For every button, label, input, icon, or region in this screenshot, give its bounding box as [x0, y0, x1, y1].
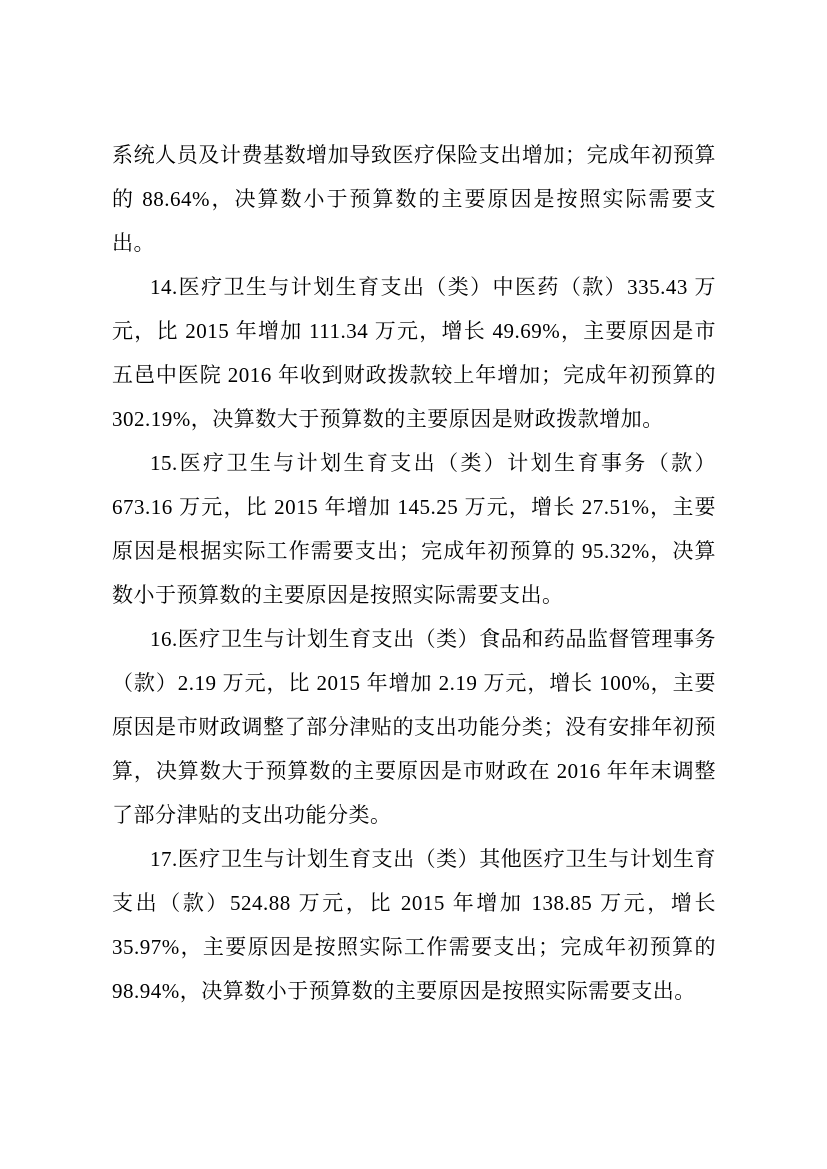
paragraph-item-15: 15.医疗卫生与计划生育支出（类）计划生育事务（款）673.16 万元，比 20… — [112, 441, 716, 617]
paragraph-item-14: 14.医疗卫生与计划生育支出（类）中医药（款）335.43 万元，比 2015 … — [112, 265, 716, 441]
document-page: 系统人员及计费基数增加导致医疗保险支出增加；完成年初预算的 88.64%，决算数… — [0, 0, 827, 1169]
paragraph-item-16: 16.医疗卫生与计划生育支出（类）食品和药品监督管理事务（款）2.19 万元，比… — [112, 617, 716, 837]
paragraph-continuation: 系统人员及计费基数增加导致医疗保险支出增加；完成年初预算的 88.64%，决算数… — [112, 133, 716, 265]
document-body-text: 系统人员及计费基数增加导致医疗保险支出增加；完成年初预算的 88.64%，决算数… — [112, 133, 716, 1013]
paragraph-item-17: 17.医疗卫生与计划生育支出（类）其他医疗卫生与计划生育支出（款）524.88 … — [112, 837, 716, 1013]
